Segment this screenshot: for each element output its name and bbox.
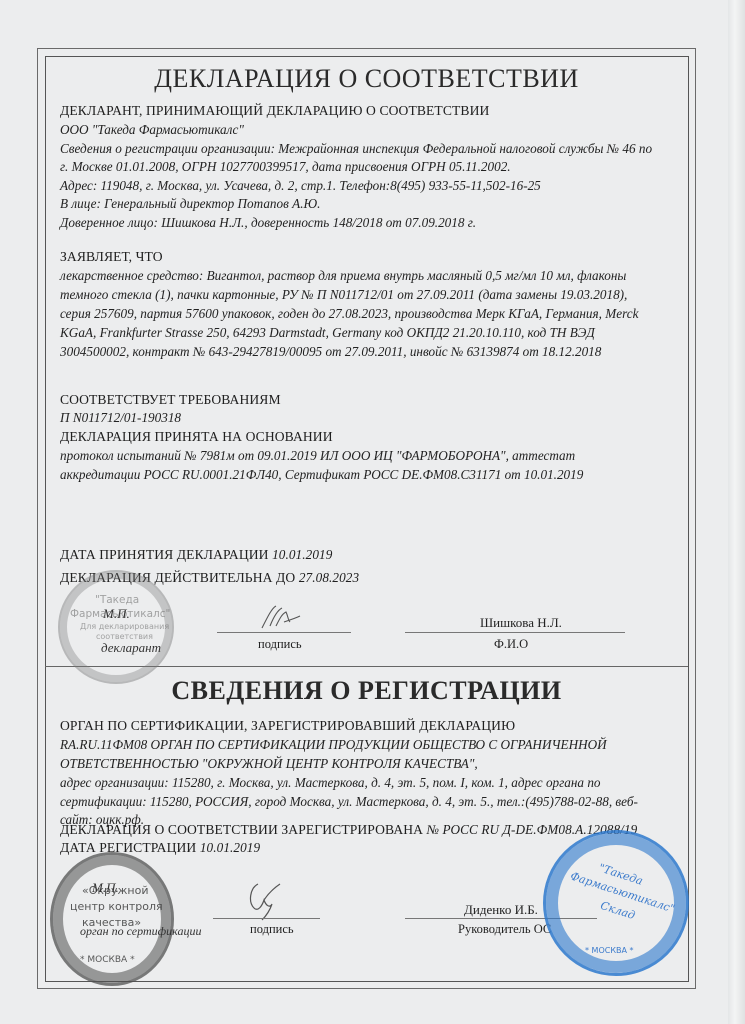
claims-line: 3004500002, контракт № 643-29427819/0009… (60, 344, 601, 360)
signer-caption: Ф.И.О (494, 637, 528, 652)
signer-name: Шишкова Н.Л. (480, 615, 562, 631)
cert-body-line: ОТВЕТСТВЕННОСТЬЮ "ОКРУЖНОЙ ЦЕНТР КОНТРОЛ… (60, 756, 478, 772)
paper-edge (728, 0, 745, 1024)
stamp-text: "Такеда (95, 594, 139, 606)
valid-until-date: 27.08.2023 (299, 570, 359, 585)
declarant-signature (258, 604, 302, 630)
claims-line: серия 257609, партия 57600 упаковок, год… (60, 306, 638, 322)
registration-date-label: ДАТА РЕГИСТРАЦИИ (60, 840, 196, 855)
claims-line: лекарственное средство: Вигантол, раство… (60, 268, 626, 284)
registered-row: ДЕКЛАРАЦИЯ О СООТВЕТСТВИИ ЗАРЕГИСТРИРОВА… (60, 822, 637, 838)
cert-body-signature (244, 878, 284, 922)
registered-label: ДЕКЛАРАЦИЯ О СООТВЕТСТВИИ ЗАРЕГИСТРИРОВА… (60, 822, 423, 837)
signature-line (217, 632, 351, 633)
stamp-text: * МОСКВА * (80, 955, 135, 965)
registration-title: СВЕДЕНИЯ О РЕГИСТРАЦИИ (45, 676, 688, 706)
declarant-line: г. Москве 01.01.2008, ОГРН 1027700399517… (60, 159, 511, 175)
declarant-heading: ДЕКЛАРАНТ, ПРИНИМАЮЩИЙ ДЕКЛАРАЦИЮ О СООТ… (60, 103, 489, 119)
cert-body-line: сертификации: 115280, РОССИЯ, город Моск… (60, 794, 638, 810)
requirements-value: П N011712/01-190318 (60, 410, 181, 426)
basis-line: аккредитации РОСС RU.0001.21ФЛ40, Сертиф… (60, 467, 583, 483)
basis-heading: ДЕКЛАРАЦИЯ ПРИНЯТА НА ОСНОВАНИИ (60, 429, 333, 445)
signer-caption: Руководитель ОС (458, 922, 551, 937)
cert-body-line: адрес организации: 115280, г. Москва, ул… (60, 775, 601, 791)
registration-date-row: ДАТА РЕГИСТРАЦИИ 10.01.2019 (60, 840, 260, 856)
signature-caption: подпись (250, 922, 294, 937)
seal-role: орган по сертификации (80, 924, 201, 939)
cert-body-heading: ОРГАН ПО СЕРТИФИКАЦИИ, ЗАРЕГИСТРИРОВАВШИ… (60, 718, 515, 734)
declarant-line: ООО "Такеда Фармасьютикалс" (60, 122, 244, 138)
declarant-line: Доверенное лицо: Шишкова Н.Л., доверенно… (60, 215, 476, 231)
cert-body-line: RA.RU.11ФМ08 ОРГАН ПО СЕРТИФИКАЦИИ ПРОДУ… (60, 737, 607, 753)
declarant-line: Адрес: 119048, г. Москва, ул. Усачева, д… (60, 178, 541, 194)
basis-line: протокол испытаний № 7981м от 09.01.2019… (60, 448, 575, 464)
declarant-line: Сведения о регистрации организации: Межр… (60, 141, 652, 157)
registration-date: 10.01.2019 (200, 840, 260, 855)
claims-heading: ЗАЯВЛЯЕТ, ЧТО (60, 249, 163, 265)
acceptance-date: 10.01.2019 (272, 547, 332, 562)
claims-line: KGaA, Frankfurter Strasse 250, 64293 Dar… (60, 325, 595, 341)
signer-name: Диденко И.Б. (464, 902, 538, 918)
requirements-heading: СООТВЕТСТВУЕТ ТРЕБОВАНИЯМ (60, 392, 281, 408)
stamp-text: Для декларирования (80, 622, 169, 631)
name-line (405, 632, 625, 633)
signature-line (213, 918, 320, 919)
claims-line: темного стекла (1), пачки картонные, РУ … (60, 287, 627, 303)
stamp-text: * МОСКВА * (585, 946, 634, 955)
declaration-title: ДЕКЛАРАЦИЯ О СООТВЕТСТВИИ (45, 64, 688, 94)
acceptance-date-row: ДАТА ПРИНЯТИЯ ДЕКЛАРАЦИИ 10.01.2019 (60, 547, 332, 563)
declarant-line: В лице: Генеральный директор Потапов А.Ю… (60, 196, 320, 212)
seal-label: М.П. (92, 880, 119, 896)
acceptance-date-label: ДАТА ПРИНЯТИЯ ДЕКЛАРАЦИИ (60, 547, 269, 562)
seal-role: декларант (101, 640, 161, 656)
stamp-text: центр контроля (70, 900, 163, 913)
seal-label: М.П. (103, 606, 130, 622)
signature-caption: подпись (258, 637, 302, 652)
